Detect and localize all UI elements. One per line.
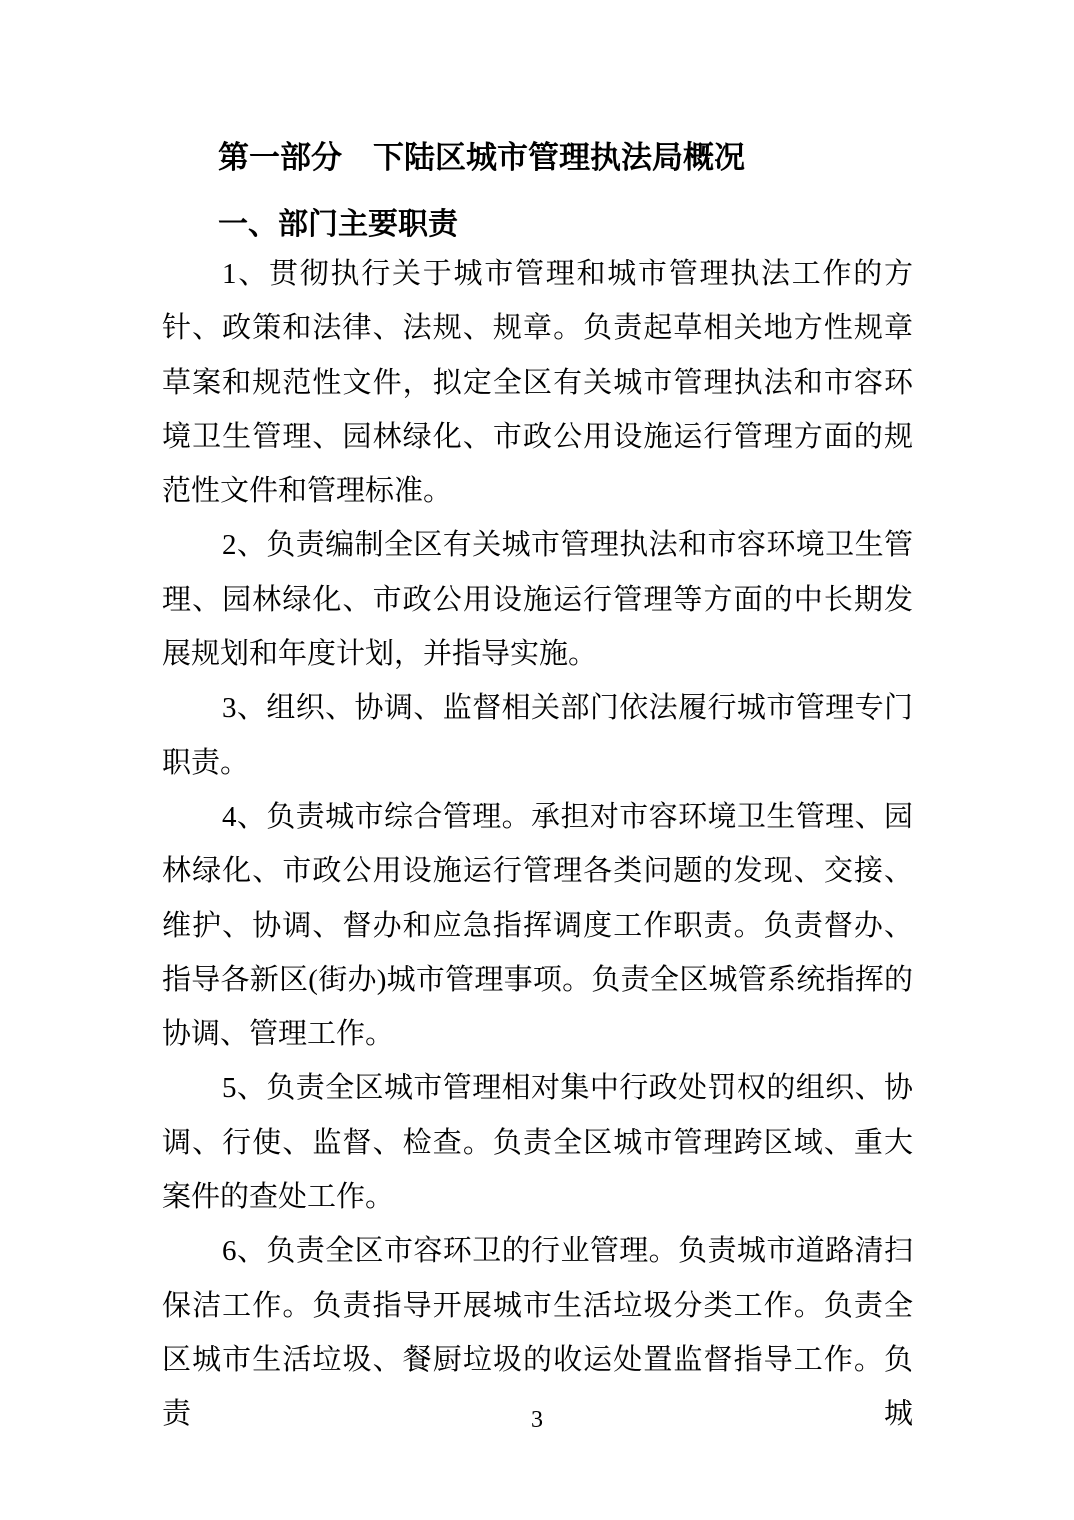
section-heading: 一、部门主要职责 [162, 207, 913, 243]
document-content: 第一部分 下陆区城市管理执法局概况 一、部门主要职责 1、贯彻执行关于城市管理和… [0, 0, 1074, 1442]
document-body: 1、贯彻执行关于城市管理和城市管理执法工作的方针、政策和法律、法规、规章。负责起… [162, 247, 913, 1442]
document-title: 第一部分 下陆区城市管理执法局概况 [162, 140, 913, 176]
page-number: 3 [531, 1407, 543, 1433]
document-page: 第一部分 下陆区城市管理执法局概况 一、部门主要职责 1、贯彻执行关于城市管理和… [0, 0, 1074, 1520]
paragraph-duty-1: 1、贯彻执行关于城市管理和城市管理执法工作的方针、政策和法律、法规、规章。负责起… [162, 247, 913, 518]
paragraph-duty-3: 3、组织、协调、监督相关部门依法履行城市管理专门职责。 [162, 681, 913, 790]
paragraph-duty-5: 5、负责全区城市管理相对集中行政处罚权的组织、协调、行使、监督、检查。负责全区城… [162, 1061, 913, 1224]
paragraph-duty-4: 4、负责城市综合管理。承担对市容环境卫生管理、园林绿化、市政公用设施运行管理各类… [162, 790, 913, 1061]
paragraph-duty-2: 2、负责编制全区有关城市管理执法和市容环境卫生管理、园林绿化、市政公用设施运行管… [162, 518, 913, 681]
page-footer: 3 [0, 1406, 1074, 1434]
